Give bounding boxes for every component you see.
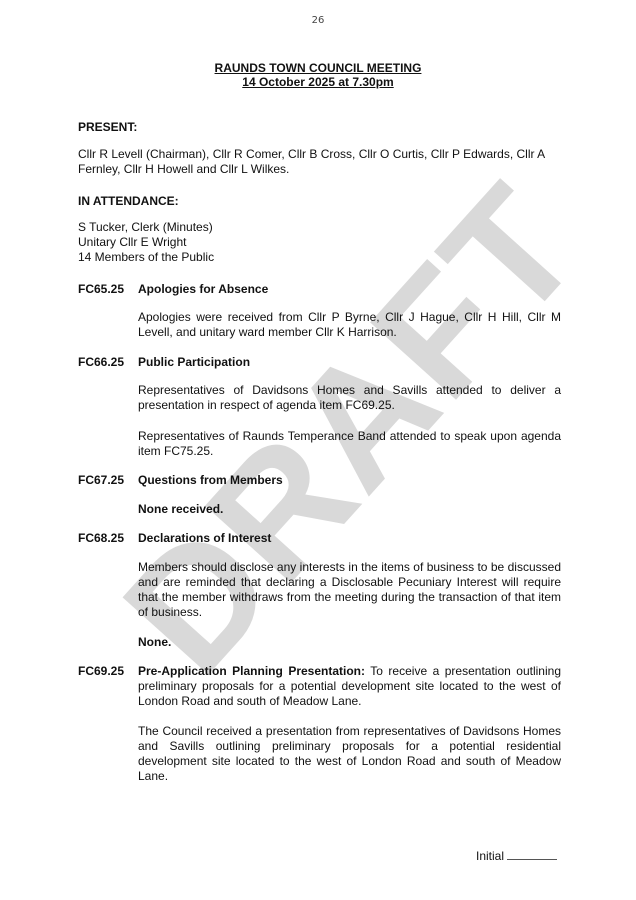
item-title: Apologies for Absence xyxy=(138,282,268,297)
item-title: Pre-Application Planning Presentation: xyxy=(138,664,365,678)
attendee: 14 Members of the Public xyxy=(78,250,562,265)
attendee: Unitary Cllr E Wright xyxy=(78,235,562,250)
item-paragraph: None received. xyxy=(138,502,561,517)
item-code: FC69.25 xyxy=(78,664,124,679)
item-paragraph: Apologies were received from Cllr P Byrn… xyxy=(138,310,561,340)
attendee: S Tucker, Clerk (Minutes) xyxy=(78,220,562,235)
meeting-header: RAUNDS TOWN COUNCIL MEETING 14 October 2… xyxy=(0,61,636,89)
page-number: 26 xyxy=(0,15,636,26)
document-page: 26 RAUNDS TOWN COUNCIL MEETING 14 Octobe… xyxy=(0,0,636,900)
present-list: Cllr R Levell (Chairman), Cllr R Comer, … xyxy=(78,147,562,177)
meeting-title: RAUNDS TOWN COUNCIL MEETING xyxy=(0,61,636,75)
item-paragraph: The Council received a presentation from… xyxy=(138,724,561,784)
item-code: FC66.25 xyxy=(78,355,124,370)
initial-field: Initial xyxy=(476,849,557,863)
item-title: Declarations of Interest xyxy=(138,531,271,546)
in-attendance-label: IN ATTENDANCE: xyxy=(78,194,179,208)
item-title: Public Participation xyxy=(138,355,250,370)
item-paragraph: Members should disclose any interests in… xyxy=(138,560,561,620)
item-code: FC65.25 xyxy=(78,282,124,297)
meeting-date: 14 October 2025 at 7.30pm xyxy=(0,75,636,89)
present-label: PRESENT: xyxy=(78,120,137,134)
initial-label: Initial xyxy=(476,849,504,863)
item-code: FC67.25 xyxy=(78,473,124,488)
attendance-list: S Tucker, Clerk (Minutes) Unitary Cllr E… xyxy=(78,220,562,265)
item-paragraph: Representatives of Davidsons Homes and S… xyxy=(138,383,561,413)
item-inline-heading: Pre-Application Planning Presentation: T… xyxy=(138,664,561,709)
initial-signature-line xyxy=(507,859,557,860)
item-paragraph: Representatives of Raunds Temperance Ban… xyxy=(138,429,561,459)
item-code: FC68.25 xyxy=(78,531,124,546)
item-paragraph: None. xyxy=(138,635,561,650)
item-title: Questions from Members xyxy=(138,473,283,488)
